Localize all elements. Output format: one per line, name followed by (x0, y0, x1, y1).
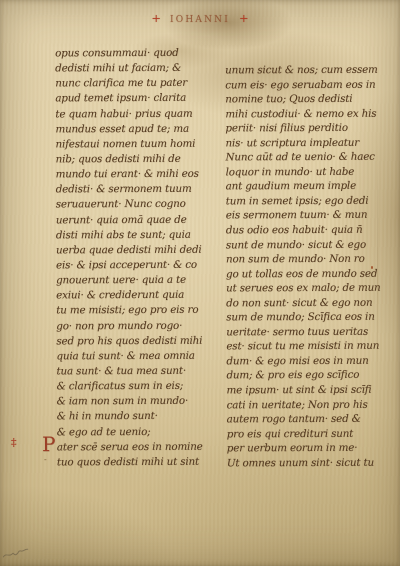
manuscript-line: nunc clarifica me tu pater (55, 76, 211, 92)
manuscript-line: dus odio eos habuit· quia n̄ (226, 223, 380, 238)
manuscript-line: nifestaui nomen tuum homi (55, 137, 211, 153)
left-text-column: opus consummaui· quoddedisti mihi ut fac… (55, 46, 213, 471)
manuscript-line: ut serues eos ex malo; de mun (226, 281, 380, 296)
manuscript-line: me ipsum· ut sint & ipsi scīfi (227, 383, 381, 398)
manuscript-line: & iam non sum in mundo· (57, 394, 213, 410)
rubric-cross-left-icon: + (151, 11, 161, 25)
manuscript-line: non sum de mundo· Non ro (226, 252, 380, 267)
manuscript-line: per uerbum eorum in me· (227, 441, 381, 456)
running-title: +IOHANNI+ (0, 11, 400, 25)
manuscript-line: sum de mundo; Scīfica eos in (226, 310, 380, 325)
manuscript-line: cati in ueritate; Non pro his (227, 397, 381, 412)
manuscript-line: periit· nisi filius perditio (225, 121, 379, 136)
manuscript-line: exiui· & crediderunt quia (56, 288, 212, 304)
manuscript-line: sed pro his quos dedisti mihi (56, 333, 212, 349)
manuscript-line: dum; & pro eis ego scīfico (226, 368, 380, 383)
manuscript-line: mihi custodiui· & nemo ex his (225, 106, 379, 121)
manuscript-line: uerunt· quia omā quae de (56, 212, 212, 228)
manuscript-line: & hi in mundo sunt· (57, 409, 213, 425)
manuscript-line: quia tui sunt· & mea omnia (56, 348, 212, 364)
manuscript-line: dum· & ego misi eos in mun (226, 354, 380, 369)
manuscript-line: nomine tuo; Quos dedisti (225, 92, 379, 107)
manuscript-line: nis· ut scriptura impleatur (225, 135, 379, 150)
manuscript-line: nib; quos dedisti mihi de (56, 152, 212, 168)
running-title-text: IOHANNI (170, 15, 230, 25)
manuscript-line: ant gaudium meum imple (226, 179, 380, 194)
manuscript-line: tua sunt· & tua mea sunt· (56, 364, 212, 380)
manuscript-line: go· non pro mundo rogo· (56, 318, 212, 334)
manuscript-line: ater scē serua eos in nomine (57, 439, 213, 455)
manuscript-line: cum eis· ego seruabam eos in (225, 77, 379, 92)
manuscript-line: gnouerunt uere· quia a te (56, 273, 212, 289)
red-speck (371, 266, 373, 269)
manuscript-line: uerba quae dedisti mihi dedi (56, 242, 212, 258)
manuscript-line: tum in semet ipsis; ego dedi (226, 194, 380, 209)
pencil-scribble (0, 542, 41, 562)
manuscript-line: mundo tui erant· & mihi eos (56, 167, 212, 183)
manuscript-line: opus consummaui· quod (55, 46, 211, 62)
manuscript-line: autem rogo tantum· sed & (227, 412, 381, 427)
manuscript-line: eis· & ipsi acceperunt· & co (56, 258, 212, 274)
manuscript-line: & ego ad te uenio; (57, 424, 213, 440)
manuscript-line: & clarificatus sum in eis; (57, 379, 213, 395)
manuscript-line: mundus esset apud te; ma (55, 121, 211, 137)
manuscript-line: pro eis qui credituri sunt (227, 426, 381, 441)
manuscript-line: Ut omnes unum sint· sicut tu (227, 455, 381, 470)
ink-speck (107, 95, 109, 97)
manuscript-line: dedisti mihi ut faciam; & (55, 61, 211, 77)
parchment-crease (377, 140, 378, 410)
manuscript-line: eis sermonem tuum· & mun (226, 208, 380, 223)
manuscript-line: sunt de mundo· sicut & ego (226, 237, 380, 252)
manuscript-line: est· sicut tu me misisti in mun (226, 339, 380, 354)
manuscript-page: +IOHANNI+ opus consummaui· quoddedisti m… (0, 0, 400, 566)
initial-dash-mark: - (44, 455, 47, 464)
manuscript-line: unum sicut & nos; cum essem (225, 63, 379, 78)
manuscript-line: disti mihi abs te sunt; quia (56, 227, 212, 243)
manuscript-line: go ut tollas eos de mundo sed (226, 266, 380, 281)
manuscript-line: dedisti· & sermonem tuum (56, 182, 212, 198)
right-text-column: unum sicut & nos; cum essemcum eis· ego … (225, 63, 381, 471)
manuscript-line: apud temet ipsum· clarita (55, 91, 211, 107)
manuscript-line: seruauerunt· Nunc cogno (56, 197, 212, 213)
margin-cross-icon: ‡ (11, 436, 17, 449)
manuscript-line: ueritate· sermo tuus ueritas (226, 325, 380, 340)
manuscript-line: loquor in mundo· ut habe (226, 164, 380, 179)
manuscript-line: te quam habui· prius quam (55, 106, 211, 122)
manuscript-line: Nunc aūt ad te uenio· & haec (225, 150, 379, 165)
manuscript-line: tuo quos dedisti mihi ut sint (57, 454, 213, 470)
rubric-cross-right-icon: + (239, 11, 249, 25)
manuscript-line: tu me misisti; ego pro eis ro (56, 303, 212, 319)
manuscript-line: do non sunt· sicut & ego non (226, 295, 380, 310)
initial-capital-p: P (42, 434, 55, 454)
